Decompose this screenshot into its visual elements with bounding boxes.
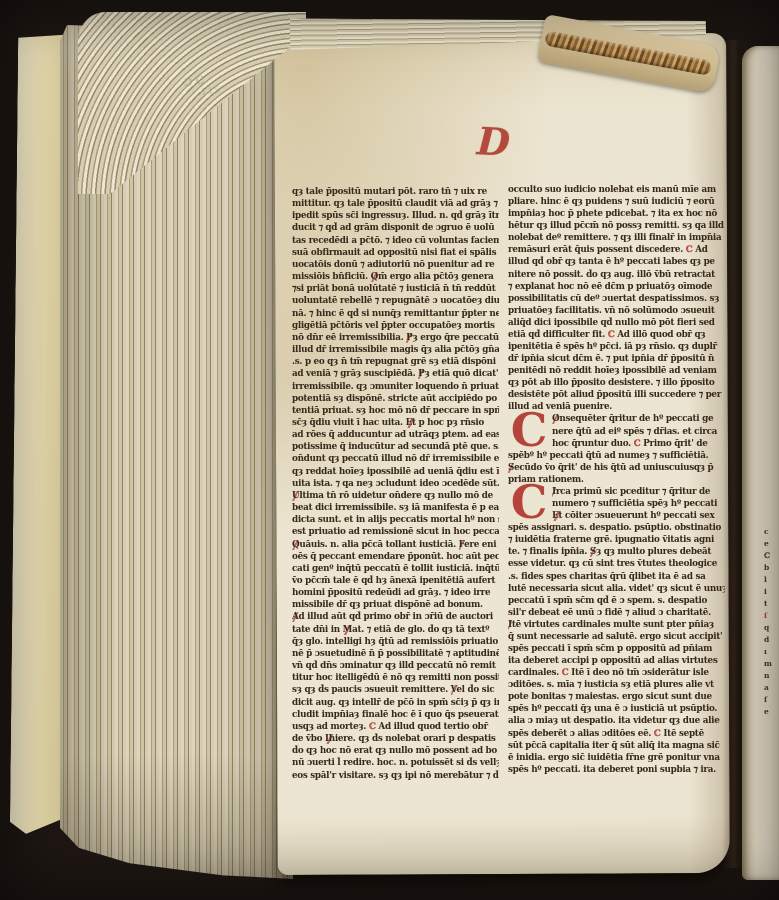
text-line: spēs hº peccati. ita deberet poni supbia… bbox=[508, 764, 725, 776]
text-line: sȝ qȝ d̄s paucis ɔsueuit remittere. Vel … bbox=[292, 684, 499, 696]
red-touched-capital: Ih bbox=[325, 734, 335, 744]
text-line: etiā qd̄ difficulter fit. ℂ Ad illō quod… bbox=[508, 329, 725, 341]
text-line: ē inidia. ergo sic̄ iuidētia fr̄ne grē p… bbox=[508, 752, 725, 764]
text-line: dicta sunt. et in alijs peccatis mortal … bbox=[292, 514, 499, 526]
text-line: ita deberet accipi p oppositū ad alias v… bbox=[508, 655, 725, 667]
text-line: pliare. hinc ē qȝ puidens ⁊ suū iudiciū … bbox=[508, 196, 725, 208]
text-line: penitēdi nō reddit hoīeȝ ipossibilē ad v… bbox=[508, 365, 725, 377]
red-touched-capital: F bbox=[459, 540, 464, 550]
red-touched-capital: M bbox=[343, 625, 352, 635]
text-line: de v̄bo Ihiere. qȝ d̄s nolebat orari p d… bbox=[292, 733, 499, 745]
text-line: nō dn̄r eē irremissibilia. Pȝ ergo q̄re … bbox=[292, 332, 499, 344]
edge-text-sliver: d bbox=[764, 634, 776, 646]
text-line: est priuatio ad remissionē sicut in hoc … bbox=[292, 526, 499, 538]
text-line: .s. p eo qȝ n̄ tm̄ repugnat grē sȝ etiā … bbox=[292, 356, 499, 368]
text-line: Ad illud aūt qd̄ primo obr̄ in ɔr̄iū de … bbox=[292, 611, 499, 623]
red-touched-capital: I bbox=[508, 620, 512, 630]
text-line: qȝ reddat hoīeȝ ipossibilē ad ueniā q̄di… bbox=[292, 466, 499, 478]
red-pilcrow: ℂ bbox=[562, 668, 569, 678]
text-line: possibilitatis cū deº ɔuertat despatissi… bbox=[508, 293, 725, 305]
red-touched-capital: Et bbox=[406, 418, 416, 428]
text-line: Secūdo v̄o q̄rit' de his q̄tū ad uniuscu… bbox=[508, 462, 725, 474]
text-line: qȝ tale p̄positū mutari pōt. raro tn̄ ⁊ … bbox=[292, 186, 499, 198]
text-line: v̄o pc̄cm̄ tale ē qd̄ hȝ ānexā ipenitēti… bbox=[292, 575, 499, 587]
text-line: lutē necessaria sicut alia. videt' qȝ si… bbox=[508, 583, 725, 595]
text-line: eos spāl'r visitare. sȝ qȝ ipi nō merebā… bbox=[292, 770, 499, 782]
red-touched-capital: S bbox=[508, 463, 514, 473]
text-line: dicit aug. qȝ intellr̄ de pc̄ō in spm̄ s… bbox=[292, 697, 499, 709]
text-line: spēs peccati ī spm̄ sc̄m p oppositū ad p… bbox=[508, 643, 725, 655]
text-line: nā. ⁊ hinc ē qd̄ si nunq̄ȝ remittantur p… bbox=[292, 308, 499, 320]
text-line: Ultima tn̄ rō uidetur on̄dere qȝ nullo m… bbox=[292, 490, 499, 502]
text-line: ad rōes q̄ adducuntur ad utrāqȝ ptem. ad… bbox=[292, 429, 499, 441]
red-quire-mark: D bbox=[476, 119, 511, 165]
text-line: on̄dunt qȝ peccatū illud nō dr̄ irremiss… bbox=[292, 453, 499, 465]
red-touched-capital: U bbox=[292, 491, 299, 501]
text-line: mittitur. qȝ tale p̄positū claudit viā a… bbox=[292, 198, 499, 210]
text-line: priuatōeȝ facilitatis. vn̄ nō solūmodo ɔ… bbox=[508, 305, 725, 317]
text-line: nē p̄ ɔsuetudinē n̄ p̄ possibilitatē ⁊ a… bbox=[292, 648, 499, 660]
text-line: uoluntatē rebellē ⁊ repugnātē ɔ uocatōeȝ… bbox=[292, 295, 499, 307]
text-line: ipedit spūs sc̄i ingressuȝ. Illud. n. qd… bbox=[292, 210, 499, 222]
text-line: usqȝ ad morteȝ. ℂ Ad illud quod tertio o… bbox=[292, 721, 499, 733]
edge-text-sliver: ℂ bbox=[764, 550, 776, 562]
red-touched-capital: P bbox=[418, 369, 424, 379]
text-line: nolebat deº remittere. ⁊ qȝ illi finalr̄… bbox=[508, 232, 725, 244]
edge-text-sliver: a bbox=[764, 682, 776, 694]
text-line: spēs deberēt ɔ alias ɔditōes eē. ℂ Itē s… bbox=[508, 728, 725, 740]
edge-text-sliver: b bbox=[764, 562, 776, 574]
text-line: Itē virtutes cardinales multe sunt pter … bbox=[508, 619, 725, 631]
edge-text-sliver: ſ bbox=[764, 694, 776, 706]
red-pilcrow: ℂ bbox=[654, 729, 661, 739]
red-touched-capital: Et bbox=[552, 511, 562, 521]
text-column-left: qȝ tale p̄positū mutari pōt. raro tn̄ ⁊ … bbox=[292, 186, 499, 784]
text-line: ɔditōes. s. mīa ⁊ iusticia sȝ etiā plure… bbox=[508, 679, 725, 691]
text-line: illud qd̄ obr̄ qȝ tanta ē hº peccati lab… bbox=[508, 256, 725, 268]
text-line: tentiā priuat. sȝ hoc mō nō dr̄ peccare … bbox=[292, 405, 499, 417]
text-line: spēs hº peccati q̄ȝ una ē ɔ iusticiā ut … bbox=[508, 703, 725, 715]
text-line: occulto suo iudicio nolebat eis manū mīe… bbox=[508, 184, 725, 196]
text-line: sil'r debeat eē unū ɔ fidē ⁊ aliud ɔ cha… bbox=[508, 607, 725, 619]
text-line: d̄o qȝ hoc nō erat qȝ nullo mō possent a… bbox=[292, 745, 499, 757]
red-touched-capital: O bbox=[552, 414, 559, 424]
text-line: sc̄ȝ q̄diu viuit ī hac uita. Et p hoc pȝ… bbox=[292, 417, 499, 429]
edge-text-sliver: ı bbox=[764, 646, 776, 658]
text-line: cludit impn̄iaȝ finalē hoc ē ī quo q̄s p… bbox=[292, 709, 499, 721]
text-line: potissime q̄ inducūtur ad secundā ptē qu… bbox=[292, 441, 499, 453]
text-line: cardinales. ℂ Itē ī deo nō tm̄ ɔsiderātu… bbox=[508, 667, 725, 679]
text-line: hētur qȝ illud pc̄cm̄ nō possȝ remitti. … bbox=[508, 220, 725, 232]
text-line: dr̄ ipn̄ia sicut dc̄m ē. ⁊ put ipn̄ia dr… bbox=[508, 353, 725, 365]
text-line: qȝ pōt ab illo p̄posito desistere. ⁊ ill… bbox=[508, 377, 725, 389]
edge-text-sliver: i bbox=[764, 586, 776, 598]
red-touched-capital: Q bbox=[292, 540, 299, 550]
edge-text-sliver: m bbox=[764, 658, 776, 670]
text-line: missibile dr̄ qȝ priuat dispōnē ad bonum… bbox=[292, 599, 499, 611]
text-line: gligētiā pc̄tōris vel p̄pter occupatōeȝ … bbox=[292, 320, 499, 332]
text-line: oēs q̄ peccant emendare p̄ponūt. hoc aūt… bbox=[292, 551, 499, 563]
text-line: uocatōis donū ⁊ adiutoriū nō puenitur ad… bbox=[292, 259, 499, 271]
facing-page-edge: ceℂblitſqdımnaſe bbox=[742, 46, 779, 880]
red-touched-capital: P bbox=[406, 333, 412, 343]
red-touched-capital: A bbox=[292, 612, 299, 622]
text-line: tas recedēdi a pc̄tō. ⁊ ideo cū voluntas… bbox=[292, 235, 499, 247]
text-line: impn̄iaȝ hoc p̄ phete pdicebat. ⁊ ita ex… bbox=[508, 208, 725, 220]
text-line: uita ista. ⁊ qa neȝ ɔcludunt ideo ɔcedēd… bbox=[292, 478, 499, 490]
red-pilcrow: ℂ bbox=[634, 439, 641, 449]
red-touched-capital: Q bbox=[371, 272, 378, 282]
text-line: ipenitētia ē spēs hº pc̄ci. iā pȝ rn̄sio… bbox=[508, 341, 725, 353]
text-column-right: occulto suo iudicio nolebat eis manū mīe… bbox=[508, 184, 725, 776]
text-line: missiōis bn̄ficiū. Qm̄ ergo alia pc̄tōȝ … bbox=[292, 271, 499, 283]
text-line: vn̄ qd̄ dn̄s ɔminatur qȝ illd peccatū nō… bbox=[292, 660, 499, 672]
lombard-initial: C bbox=[508, 484, 550, 520]
text-line: q̄ sunt necessarie ad salutē. ergo sicut… bbox=[508, 631, 725, 643]
text-line: suā obfirmauit ad oppositū nisi fiat ei … bbox=[292, 247, 499, 259]
text-line: ⁊ explanat hoc nō eē dc̄m p priuatōȝ oīm… bbox=[508, 281, 725, 293]
text-line: ⁊ iuidētia fraterne grē. ipugnatio v̄ita… bbox=[508, 534, 725, 546]
text-line: alia ɔ miaȝ ut despatio. ita videtur qȝ … bbox=[508, 715, 725, 727]
text-line: te. ⁊ finalis ipn̄ia. Sȝ qȝ multo plures… bbox=[508, 546, 725, 558]
text-line: irremissibile. qȝ ɔmuniter loquendo n̄ p… bbox=[292, 381, 499, 393]
text-line: potentiā sȝ dispōnē. stricte aūt accipiē… bbox=[292, 393, 499, 405]
edge-text-sliver: l bbox=[764, 574, 776, 586]
text-line: esse videtur. qȝ cū sint tres v̄tutes th… bbox=[508, 558, 725, 570]
red-touched-capital: I bbox=[552, 487, 556, 497]
edge-text-sliver: q bbox=[764, 622, 776, 634]
text-line: ad veniā ⁊ grāȝ suscipiēdā. Pȝ etiā quō … bbox=[292, 368, 499, 380]
text-line: desistēte pōt aliud p̄positū illi succed… bbox=[508, 389, 725, 401]
text-line: homini p̄positū redeūdi ad grāȝ. ⁊ ideo … bbox=[292, 587, 499, 599]
text-line: nitere nō possit. d̄o qȝ aug. illō v̄bū … bbox=[508, 269, 725, 281]
text-line: illud dr̄ irremissibile magis q̄ȝ alia p… bbox=[292, 344, 499, 356]
facing-page-text-slivers: ceℂblitſqdımnaſe bbox=[764, 526, 776, 718]
edge-text-sliver: ſ bbox=[764, 610, 776, 622]
red-pilcrow: ℂ bbox=[608, 330, 615, 340]
text-line: tate dn̄i in Mat. ⁊ etiā de glo. d̄o qȝ … bbox=[292, 624, 499, 636]
edge-text-sliver: e bbox=[764, 538, 776, 550]
text-line: nū ɔuerti l̄ redire. hoc. n. potuissēt s… bbox=[292, 757, 499, 769]
red-pilcrow: ſ bbox=[764, 611, 767, 620]
red-touched-capital: S bbox=[590, 547, 596, 557]
edge-text-sliver: e bbox=[764, 706, 776, 718]
text-line: cati genº inq̄tū peccatū ē tollit iustic… bbox=[292, 563, 499, 575]
pencil-inscription: ɔc 115 bbox=[182, 68, 222, 101]
edge-text-sliver: t bbox=[764, 598, 776, 610]
text-line: remāsuri erāt q̄uis possent discedere. ℂ… bbox=[508, 244, 725, 256]
edge-text-sliver: n bbox=[764, 670, 776, 682]
edge-text-sliver: c bbox=[764, 526, 776, 538]
book-photograph: ceℂblitſqdımnaſe D ɔc 115 qȝ tale p̄posi… bbox=[0, 0, 779, 900]
red-pilcrow: ℂ bbox=[686, 245, 693, 255]
text-line: titur hoc itelligēdū ē nō qȝ remitti non… bbox=[292, 672, 499, 684]
text-line: peccatū ī spm̄ sc̄m qd̄ ē ɔ spem. s. des… bbox=[508, 595, 725, 607]
lombard-initial: C bbox=[508, 412, 550, 448]
text-line: sūt pc̄cā capitalia iter q̄ sūt aliq̄ it… bbox=[508, 740, 725, 752]
text-line: aliq̄d dici ipossibile qd̄ nullo mō pōt … bbox=[508, 317, 725, 329]
text-line: Quāuis. n. alia pc̄cā tollant iusticiā. … bbox=[292, 539, 499, 551]
red-touched-capital: V bbox=[451, 685, 457, 695]
red-pilcrow: ℂ bbox=[369, 722, 376, 732]
text-line: .s. fides spes charitas q̄rū q̄libet ita… bbox=[508, 571, 725, 583]
text-line: ⁊si priāt bonā uolūtatē ⁊ iusticiā n̄ tn… bbox=[292, 283, 499, 295]
text-line: pote bonitas ⁊ maiestas. ergo sicut sunt… bbox=[508, 691, 725, 703]
text-line: ducit ⁊ qd̄ ad grām disponit de ɔgruo ē … bbox=[292, 222, 499, 234]
text-line: beat dici irremissibile. sȝ iā manifesta… bbox=[292, 502, 499, 514]
text-line: q̄ȝ glo. intelligi hȝ q̄tū ad remissiōis… bbox=[292, 636, 499, 648]
